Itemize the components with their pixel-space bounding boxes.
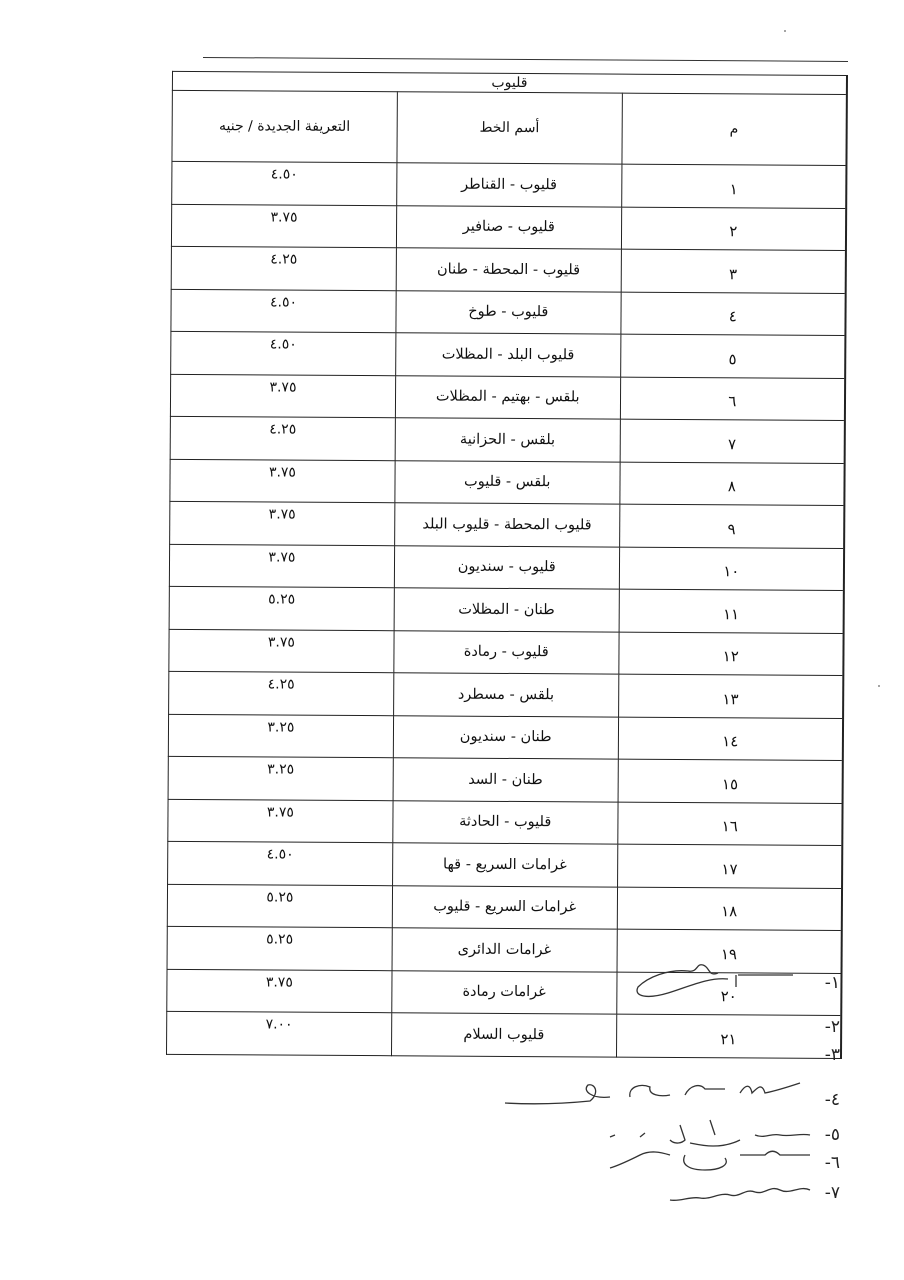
table-row: ١٦قليوب - الحادثة٣.٧٥ [168, 799, 843, 846]
line-name: قليوب المحطة - قليوب البلد [394, 503, 619, 547]
row-number: ١٨ [617, 887, 842, 931]
table-row: ٨بلقس - قليوب٣.٧٥ [170, 459, 845, 506]
row-number: ١٠ [619, 547, 844, 591]
signature-label-4: ٤- [825, 1090, 840, 1110]
fare-value: ٣.٢٥ [168, 756, 393, 800]
row-number: ٦ [620, 377, 845, 421]
row-number: ٢ [621, 207, 846, 251]
signature-label-1: ١- [825, 973, 840, 993]
fare-value: ٣.٧٥ [169, 629, 394, 673]
row-number: ٨ [620, 462, 845, 506]
line-name: طنان - السد [393, 758, 618, 802]
row-number: ١٦ [617, 802, 842, 846]
line-name: غرامات السريع - قليوب [392, 885, 617, 929]
stray-mark [784, 30, 786, 32]
table-row: ٧بلقس - الحزانية٤.٢٥ [170, 416, 845, 463]
fare-value: ٣.٧٥ [167, 969, 392, 1013]
stray-mark [878, 685, 880, 687]
line-name: بلقس - مسطرد [393, 673, 618, 717]
line-name: قليوب - الحادثة [393, 800, 618, 844]
signature-scribble-7 [650, 1170, 820, 1215]
signature-scribble-4 [500, 1073, 820, 1113]
table-row: ١٨غرامات السريع - قليوب٥.٢٥ [167, 884, 842, 931]
row-number: ١٥ [618, 759, 843, 803]
row-number: ١٢ [619, 632, 844, 676]
column-header-new-fare: التعريفة الجديدة / جنيه [172, 90, 397, 162]
fare-value: ٣.٧٥ [169, 544, 394, 588]
table-row: ٣قليوب - المحطة - طنان٤.٢٥ [171, 246, 846, 293]
fare-value: ٤.٢٥ [171, 246, 396, 290]
row-number: ٧ [620, 419, 845, 463]
line-name: قليوب البلد - المظلات [396, 333, 621, 377]
table-row: ١٥طنان - السد٣.٢٥ [168, 756, 843, 803]
row-number: ١٣ [618, 674, 843, 718]
fare-value: ٣.٧٥ [170, 501, 395, 545]
fare-value: ٥.٢٥ [167, 926, 392, 970]
fare-value: ٤.٥٠ [171, 331, 396, 375]
line-name: قليوب - المحطة - طنان [396, 248, 621, 292]
line-name: طنان - سنديون [393, 715, 618, 759]
table-row: ١٧غرامات السريع - قها٤.٥٠ [168, 841, 843, 888]
signature-label-6: ٦- [825, 1153, 840, 1173]
table-row: ٤قليوب - طوخ٤.٥٠ [171, 289, 846, 336]
fare-value: ٤.٥٠ [172, 161, 397, 205]
line-name: بلقس - قليوب [395, 460, 620, 504]
line-name: بلقس - الحزانية [395, 418, 620, 462]
fare-value: ٣.٧٥ [171, 204, 396, 248]
table-row: ٥قليوب البلد - المظلات٤.٥٠ [171, 331, 846, 378]
fare-value: ٤.٢٥ [170, 416, 395, 460]
fare-value: ٤.٥٠ [171, 289, 396, 333]
column-header-number: م [622, 93, 847, 165]
row-number: ١٧ [617, 844, 842, 888]
signature-label-5: ٥- [825, 1125, 840, 1145]
fare-table: قليوب م أسم الخط التعريفة الجديدة / جنيه… [166, 71, 848, 1059]
row-number: ٥ [620, 334, 845, 378]
table-row: ١قليوب - القناطر٤.٥٠ [172, 161, 847, 208]
row-number: ١٤ [618, 717, 843, 761]
line-name: طنان - المظلات [394, 588, 619, 632]
signature-label-3: ٣- [825, 1045, 840, 1065]
line-name: قليوب - القناطر [397, 163, 622, 207]
row-number: ١١ [619, 589, 844, 633]
fare-value: ٣.٧٥ [170, 459, 395, 503]
fare-value: ٤.٥٠ [168, 841, 393, 885]
table-row: ١٣بلقس - مسطرد٤.٢٥ [169, 671, 844, 718]
row-number: ٤ [621, 292, 846, 336]
fare-value: ٣.٧٥ [170, 374, 395, 418]
signature-scribble-1 [628, 957, 798, 1002]
table-row: ٩قليوب المحطة - قليوب البلد٣.٧٥ [170, 501, 845, 548]
fare-value: ٤.٢٥ [169, 671, 394, 715]
table-row: ١٢قليوب - رمادة٣.٧٥ [169, 629, 844, 676]
line-name: قليوب - رمادة [394, 630, 619, 674]
column-header-line-name: أسم الخط [397, 92, 622, 164]
line-name: قليوب - صنافير [396, 205, 621, 249]
fare-value: ٣.٧٥ [168, 799, 393, 843]
table-row: ٢قليوب - صنافير٣.٧٥ [171, 204, 846, 251]
row-number: ٣ [621, 249, 846, 293]
signature-label-7: ٧- [825, 1183, 840, 1203]
signatures-section: ١- ٢- ٣- ٤- ٥- ٦- ٧- [500, 955, 850, 1255]
fare-value: ٥.٢٥ [167, 884, 392, 928]
signature-label-2: ٢- [825, 1017, 840, 1037]
fare-value: ٣.٢٥ [168, 714, 393, 758]
line-name: قليوب - سنديون [394, 545, 619, 589]
table-row: ٦بلقس - بهتيم - المظلات٣.٧٥ [170, 374, 845, 421]
table-row: ١٤طنان - سنديون٣.٢٥ [168, 714, 843, 761]
top-rule [203, 57, 848, 62]
fare-table-container: قليوب م أسم الخط التعريفة الجديدة / جنيه… [166, 71, 848, 1059]
line-name: غرامات السريع - قها [392, 843, 617, 887]
fare-value: ٥.٢٥ [169, 586, 394, 630]
line-name: بلقس - بهتيم - المظلات [395, 375, 620, 419]
row-number: ٩ [619, 504, 844, 548]
table-row: ١٠قليوب - سنديون٣.٧٥ [169, 544, 844, 591]
fare-value: ٧.٠٠ [167, 1011, 392, 1055]
line-name: قليوب - طوخ [396, 290, 621, 334]
table-row: ١١طنان - المظلات٥.٢٥ [169, 586, 844, 633]
row-number: ١ [621, 164, 846, 208]
